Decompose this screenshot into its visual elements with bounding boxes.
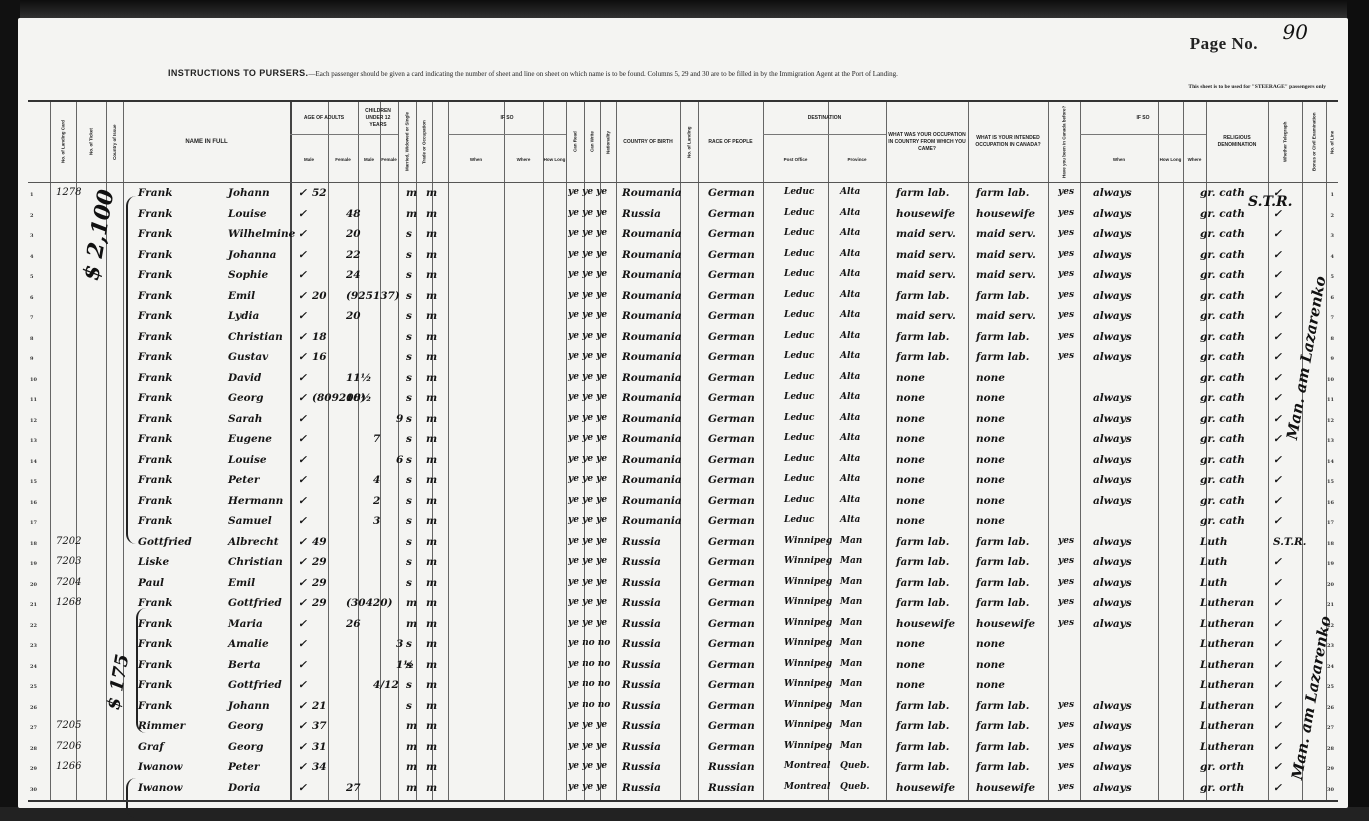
cell-rno: 24	[1327, 664, 1334, 670]
cell-age-f: 20	[346, 310, 361, 322]
cell-tick2: ✓	[1273, 474, 1282, 486]
cell-ms1: m	[406, 187, 417, 199]
cell-surname: Gottfried	[138, 536, 192, 548]
cell-ms2: m	[426, 413, 437, 425]
cell-age-f: (925137)	[346, 290, 400, 302]
cell-given: Peter	[228, 474, 259, 486]
cell-occ-from: farm lab.	[896, 700, 949, 712]
cell-ms2: m	[426, 618, 437, 630]
scan-left-edge	[0, 0, 20, 821]
cell-ms2: m	[426, 331, 437, 343]
cell-been: yes	[1058, 618, 1074, 628]
cell-occ-from: none	[896, 372, 925, 384]
cell-dest-po: Winnipeg	[784, 741, 832, 751]
cell-lno: 7	[30, 315, 33, 321]
cell-ynq: ye ye ye	[568, 392, 607, 402]
cell-race: German	[708, 577, 755, 589]
cell-dest-po: Winnipeg	[784, 577, 832, 587]
cell-ms1: s	[406, 331, 412, 343]
cell-dest-po: Leduc	[784, 454, 814, 464]
cell-race: German	[708, 474, 755, 486]
cell-country: Roumania	[622, 331, 682, 343]
cell-rno: 7	[1331, 315, 1334, 321]
cell-surname: Frank	[138, 392, 173, 404]
cell-been: yes	[1058, 741, 1074, 751]
table-row: 3FrankWilhelmine✓20smye ye yeRoumaniaGer…	[28, 225, 1338, 246]
cell-ms1: m	[406, 741, 417, 753]
header-how-long-2: How Long	[1158, 134, 1183, 183]
cell-occ-int: farm lab.	[976, 741, 1029, 753]
cell-rno: 6	[1331, 295, 1334, 301]
cell-race: German	[708, 351, 755, 363]
cell-age-f: 27	[346, 782, 361, 794]
cell-ynq: ye ye ye	[568, 269, 607, 279]
cell-dest-pr: Man	[840, 556, 862, 566]
cell-tick2: S.T.R.	[1273, 536, 1306, 548]
cell-dest-po: Leduc	[784, 495, 814, 505]
cell-ynq: ye ye ye	[568, 577, 607, 587]
cell-occ-int: none	[976, 454, 1005, 466]
cell-check: ✓	[298, 392, 307, 404]
table-row: 11278FrankJohann✓52mmye ye yeRoumaniaGer…	[28, 184, 1338, 205]
cell-surname: Paul	[138, 577, 164, 589]
cell-check: ✓	[298, 597, 307, 609]
cell-ms1: s	[406, 310, 412, 322]
cell-lno: 19	[30, 561, 37, 567]
cell-tick2: ✓	[1273, 741, 1282, 753]
header-religion: RELIGIOUS DENOMINATION	[1206, 102, 1268, 182]
cell-ynq: ye ye ye	[568, 720, 607, 730]
cell-lno: 17	[30, 520, 37, 526]
cell-ynq: ye ye ye	[568, 351, 607, 361]
cell-ticket: 7206	[56, 741, 81, 752]
cell-occ-int: none	[976, 413, 1005, 425]
cell-when: always	[1093, 536, 1132, 548]
cell-race: German	[708, 720, 755, 732]
table-row: 15FrankPeter✓4smye ye yeRoumaniaGermanLe…	[28, 471, 1338, 492]
cell-dest-pr: Man	[840, 577, 862, 587]
cell-dest-pr: Man	[840, 597, 862, 607]
cell-country: Roumania	[622, 392, 682, 404]
table-row: 22FrankMaria✓26mmye ye yeRussiaGermanWin…	[28, 615, 1338, 636]
steerage-note: This sheet is to be used for "STEERAGE" …	[1188, 84, 1326, 90]
cell-dest-po: Leduc	[784, 515, 814, 525]
cell-dest-po: Leduc	[784, 351, 814, 361]
cell-race: Russian	[708, 761, 755, 773]
cell-been: yes	[1058, 208, 1074, 218]
cell-dest-po: Leduc	[784, 474, 814, 484]
cell-tick2: ✓	[1273, 372, 1282, 384]
cell-when: always	[1093, 413, 1132, 425]
cell-check: ✓	[298, 515, 307, 527]
cell-rel: gr. cath	[1200, 351, 1245, 363]
str-mark-1: S.T.R.	[1248, 194, 1292, 210]
cell-rno: 5	[1331, 274, 1334, 280]
cell-tick2: ✓	[1273, 331, 1282, 343]
cell-given: Eugene	[228, 433, 272, 445]
cell-given: Emil	[228, 290, 255, 302]
manifest-sheet: Page No. 90 INSTRUCTIONS TO PURSERS.—Eac…	[18, 18, 1348, 808]
cell-rel: gr. cath	[1200, 474, 1245, 486]
cell-when: always	[1093, 187, 1132, 199]
cell-ms2: m	[426, 761, 437, 773]
cell-occ-from: none	[896, 679, 925, 691]
cell-dest-pr: Alta	[840, 515, 860, 525]
header-if-so-how-long: How Long	[543, 134, 566, 183]
cell-occ-from: farm lab.	[896, 761, 949, 773]
cell-dest-pr: Man	[840, 700, 862, 710]
cell-ms1: s	[406, 679, 412, 691]
header-line-no: No. of Line	[1326, 102, 1338, 182]
cell-occ-int: farm lab.	[976, 351, 1029, 363]
cell-race: German	[708, 556, 755, 568]
cell-cu12a: 4/12	[373, 679, 399, 691]
cell-age-m: 34	[312, 761, 327, 773]
cell-check: ✓	[298, 187, 307, 199]
cell-dest-pr: Alta	[840, 208, 860, 218]
cell-check: ✓	[298, 720, 307, 732]
cell-country: Russia	[622, 741, 661, 753]
cell-given: Samuel	[228, 515, 272, 527]
cell-check: ✓	[298, 679, 307, 691]
header-age-female: Female	[328, 134, 358, 183]
table-row: 211268FrankGottfried✓29(30420)mmye ye ye…	[28, 594, 1338, 615]
cell-lno: 3	[30, 233, 33, 239]
cell-given: Christian	[228, 556, 283, 568]
cell-ms2: m	[426, 208, 437, 220]
cell-occ-int: none	[976, 433, 1005, 445]
cell-tick2: ✓	[1273, 454, 1282, 466]
table-row: 14FrankLouise✓6smye ye yeRoumaniaGermanL…	[28, 451, 1338, 472]
header-age-male: Male	[290, 134, 328, 183]
cell-ms1: s	[406, 700, 412, 712]
cell-occ-int: none	[976, 638, 1005, 650]
cell-ms2: m	[426, 679, 437, 691]
cell-ms1: s	[406, 269, 412, 281]
cell-age-m: 49	[312, 536, 327, 548]
header-where-2: Where	[1183, 134, 1206, 183]
cell-dest-po: Winnipeg	[784, 638, 832, 648]
cell-surname: Frank	[138, 208, 173, 220]
cell-dest-pr: Man	[840, 659, 862, 669]
cell-dest-po: Leduc	[784, 290, 814, 300]
cell-dest-po: Winnipeg	[784, 597, 832, 607]
cell-race: German	[708, 392, 755, 404]
cell-country: Russia	[622, 782, 661, 794]
cell-occ-from: farm lab.	[896, 720, 949, 732]
header-bonus: Bonus or Civil Examination	[1302, 102, 1326, 182]
cell-lno: 16	[30, 500, 37, 506]
cell-tick2: ✓	[1273, 782, 1282, 794]
cell-dest-po: Leduc	[784, 269, 814, 279]
cell-tick2: ✓	[1273, 761, 1282, 773]
cell-when: always	[1093, 392, 1132, 404]
cell-occ-int: none	[976, 515, 1005, 527]
cell-when: always	[1093, 249, 1132, 261]
cell-race: German	[708, 597, 755, 609]
cell-given: Johann	[228, 700, 270, 712]
cell-check: ✓	[298, 228, 307, 240]
cell-tick2: ✓	[1273, 577, 1282, 589]
cell-race: German	[708, 269, 755, 281]
cell-rno: 26	[1327, 705, 1334, 711]
header-if-so-when: When	[448, 134, 504, 183]
table-row: 7FrankLydia✓20smye ye yeRoumaniaGermanLe…	[28, 307, 1338, 328]
cell-lno: 24	[30, 664, 37, 670]
cell-surname: Graf	[138, 741, 164, 753]
cell-country: Russia	[622, 556, 661, 568]
cell-surname: Iwanow	[138, 782, 182, 794]
cell-dest-po: Leduc	[784, 413, 814, 423]
cell-when: always	[1093, 741, 1132, 753]
cell-race: German	[708, 187, 755, 199]
cell-rno: 3	[1331, 233, 1334, 239]
cell-rel: gr. cath	[1200, 433, 1245, 445]
table-row: 2FrankLouise✓48mmye ye yeRussiaGermanLed…	[28, 205, 1338, 226]
cell-ms1: s	[406, 228, 412, 240]
cell-when: always	[1093, 433, 1132, 445]
cell-given: Amalie	[228, 638, 269, 650]
cell-ticket: 1268	[56, 597, 81, 608]
cell-rel: Lutheran	[1200, 597, 1254, 609]
cell-rno: 19	[1327, 561, 1334, 567]
header-if-so: IF SO	[448, 102, 566, 134]
cell-cu12b: 3	[396, 638, 403, 650]
cell-tick2: ✓	[1273, 597, 1282, 609]
cell-ms1: s	[406, 515, 412, 527]
cell-tick2: ✓	[1273, 679, 1282, 691]
cell-dest-pr: Alta	[840, 495, 860, 505]
cell-dest-pr: Alta	[840, 433, 860, 443]
cell-dest-pr: Alta	[840, 392, 860, 402]
cell-race: German	[708, 536, 755, 548]
cell-dest-po: Winnipeg	[784, 659, 832, 669]
cell-ynq: ye ye ye	[568, 249, 607, 259]
cell-occ-int: housewife	[976, 618, 1035, 630]
cell-tick2: ✓	[1273, 618, 1282, 630]
cell-rel: gr. cath	[1200, 208, 1245, 220]
cell-ynq: ye ye ye	[568, 331, 607, 341]
cell-when: always	[1093, 495, 1132, 507]
cell-race: German	[708, 638, 755, 650]
cell-rno: 15	[1327, 479, 1334, 485]
cell-check: ✓	[298, 556, 307, 568]
cell-tick2: ✓	[1273, 433, 1282, 445]
cell-rel: gr. cath	[1200, 290, 1245, 302]
cell-rel: gr. orth	[1200, 761, 1244, 773]
cell-age-m: 52	[312, 187, 327, 199]
cell-dest-po: Winnipeg	[784, 700, 832, 710]
cell-occ-from: maid serv.	[896, 249, 956, 261]
cell-ms2: m	[426, 228, 437, 240]
cell-occ-from: maid serv.	[896, 228, 956, 240]
cell-lno: 14	[30, 459, 37, 465]
cell-check: ✓	[298, 577, 307, 589]
cell-country: Russia	[622, 659, 661, 671]
cell-given: Georg	[228, 392, 264, 404]
cell-given: Wilhelmine	[228, 228, 295, 240]
cell-dest-po: Winnipeg	[784, 556, 832, 566]
cell-age-f: 22	[346, 249, 361, 261]
cell-ms1: s	[406, 638, 412, 650]
cell-tick2: ✓	[1273, 351, 1282, 363]
cell-when: always	[1093, 290, 1132, 302]
cell-dest-po: Leduc	[784, 392, 814, 402]
cell-given: Gottfried	[228, 679, 282, 691]
header-post-office: Post Office	[763, 134, 828, 183]
cell-been: yes	[1058, 577, 1074, 587]
cell-rel: Lutheran	[1200, 720, 1254, 732]
cell-lno: 6	[30, 295, 33, 301]
cell-ynq: ye ye ye	[568, 454, 607, 464]
cell-occ-from: farm lab.	[896, 597, 949, 609]
cell-occ-int: farm lab.	[976, 720, 1029, 732]
cell-occ-from: housewife	[896, 782, 955, 794]
cell-dest-pr: Alta	[840, 351, 860, 361]
cell-when: always	[1093, 454, 1132, 466]
cell-dest-pr: Queb.	[840, 782, 870, 792]
header-telegraph: Whether Telegraph	[1268, 102, 1302, 182]
cell-tick2: ✓	[1273, 515, 1282, 527]
cell-rno: 10	[1327, 377, 1334, 383]
page-number-handwritten: 90	[1283, 20, 1308, 44]
cell-lno: 4	[30, 254, 33, 260]
cell-dest-pr: Alta	[840, 228, 860, 238]
cell-lno: 9	[30, 356, 33, 362]
cell-country: Roumania	[622, 474, 682, 486]
cell-cu12b: 6	[396, 454, 403, 466]
table-row: 10FrankDavid✓11½smye ye yeRoumaniaGerman…	[28, 369, 1338, 390]
cell-check: ✓	[298, 638, 307, 650]
cell-rno: 30	[1327, 787, 1334, 793]
cell-ms2: m	[426, 597, 437, 609]
header-children-female: Female	[380, 134, 398, 183]
header-married: Married, Widowed or Single	[398, 102, 416, 182]
cell-when: always	[1093, 618, 1132, 630]
cell-rno: 27	[1327, 725, 1334, 731]
instructions-text: —Each passenger should be given a card i…	[308, 70, 897, 78]
cell-given: Georg	[228, 720, 264, 732]
cell-rno: 16	[1327, 500, 1334, 506]
header-no-landing: No. of Landing	[680, 102, 698, 182]
cell-country: Russia	[622, 679, 661, 691]
cell-ynq: ye no no	[568, 638, 610, 648]
cell-tick2: ✓	[1273, 495, 1282, 507]
cell-given: Berta	[228, 659, 261, 671]
cell-lno: 5	[30, 274, 33, 280]
cell-ms2: m	[426, 249, 437, 261]
cell-ms2: m	[426, 782, 437, 794]
cell-ynq: ye ye ye	[568, 556, 607, 566]
cell-race: German	[708, 454, 755, 466]
table-row: 30IwanowDoria✓27mmye ye yeRussiaRussianM…	[28, 779, 1338, 800]
cell-race: German	[708, 372, 755, 384]
cell-country: Russia	[622, 208, 661, 220]
cell-ynq: ye ye ye	[568, 495, 607, 505]
cell-dest-po: Leduc	[784, 331, 814, 341]
cell-dest-pr: Alta	[840, 454, 860, 464]
cell-race: German	[708, 208, 755, 220]
cell-when: always	[1093, 269, 1132, 281]
cell-lno: 18	[30, 541, 37, 547]
cell-country: Russia	[622, 761, 661, 773]
scan-bottom-edge	[0, 807, 1369, 821]
cell-surname: Frank	[138, 474, 173, 486]
cell-check: ✓	[298, 454, 307, 466]
cell-race: German	[708, 515, 755, 527]
cell-tick2: ✓	[1273, 720, 1282, 732]
cell-dest-po: Montreal	[784, 782, 830, 792]
cell-age-f: 11½	[346, 372, 372, 384]
cell-given: Sophie	[228, 269, 268, 281]
cell-ms1: s	[406, 392, 412, 404]
cell-dest-pr: Man	[840, 720, 862, 730]
cell-occ-int: maid serv.	[976, 228, 1036, 240]
cell-ynq: ye ye ye	[568, 208, 607, 218]
cell-ms1: s	[406, 413, 412, 425]
cell-when: always	[1093, 782, 1132, 794]
cell-occ-int: farm lab.	[976, 597, 1029, 609]
cell-surname: Frank	[138, 228, 173, 240]
cell-ms2: m	[426, 290, 437, 302]
cell-when: always	[1093, 310, 1132, 322]
cell-check: ✓	[298, 700, 307, 712]
cell-when: always	[1093, 577, 1132, 589]
cell-country: Russia	[622, 700, 661, 712]
cell-tick2: ✓	[1273, 290, 1282, 302]
cell-ynq: ye ye ye	[568, 782, 607, 792]
cell-ms2: m	[426, 392, 437, 404]
cell-been: yes	[1058, 187, 1074, 197]
cell-age-f: 24	[346, 269, 361, 281]
cell-dest-po: Winnipeg	[784, 618, 832, 628]
cell-dest-pr: Man	[840, 679, 862, 689]
cell-rel: Lutheran	[1200, 618, 1254, 630]
cell-ms2: m	[426, 536, 437, 548]
cell-ticket: 7204	[56, 577, 81, 588]
cell-tick2: ✓	[1273, 413, 1282, 425]
cell-ms1: s	[406, 659, 412, 671]
cell-ms2: m	[426, 474, 437, 486]
cell-cu12a: 4	[373, 474, 380, 486]
cell-dest-po: Leduc	[784, 249, 814, 259]
cell-ynq: ye no no	[568, 679, 610, 689]
cell-surname: Frank	[138, 413, 173, 425]
cell-occ-from: none	[896, 638, 925, 650]
cell-ms1: m	[406, 597, 417, 609]
cell-occ-from: none	[896, 433, 925, 445]
cell-country: Russia	[622, 638, 661, 650]
cell-check: ✓	[298, 618, 307, 630]
cell-occ-from: farm lab.	[896, 187, 949, 199]
header-race: RACE OF PEOPLE	[698, 102, 763, 182]
cell-when: always	[1093, 228, 1132, 240]
cell-rno: 20	[1327, 582, 1334, 588]
cell-rno: 9	[1331, 356, 1334, 362]
cell-ms2: m	[426, 372, 437, 384]
cell-country: Roumania	[622, 351, 682, 363]
cell-occ-int: farm lab.	[976, 556, 1029, 568]
cell-been: yes	[1058, 228, 1074, 238]
table-row: 24FrankBerta✓1½smye no noRussiaGermanWin…	[28, 656, 1338, 677]
cell-race: German	[708, 741, 755, 753]
cell-race: German	[708, 700, 755, 712]
cell-check: ✓	[298, 413, 307, 425]
cell-occ-int: maid serv.	[976, 269, 1036, 281]
cell-occ-from: housewife	[896, 208, 955, 220]
cell-dest-pr: Alta	[840, 310, 860, 320]
cell-dest-po: Leduc	[784, 372, 814, 382]
